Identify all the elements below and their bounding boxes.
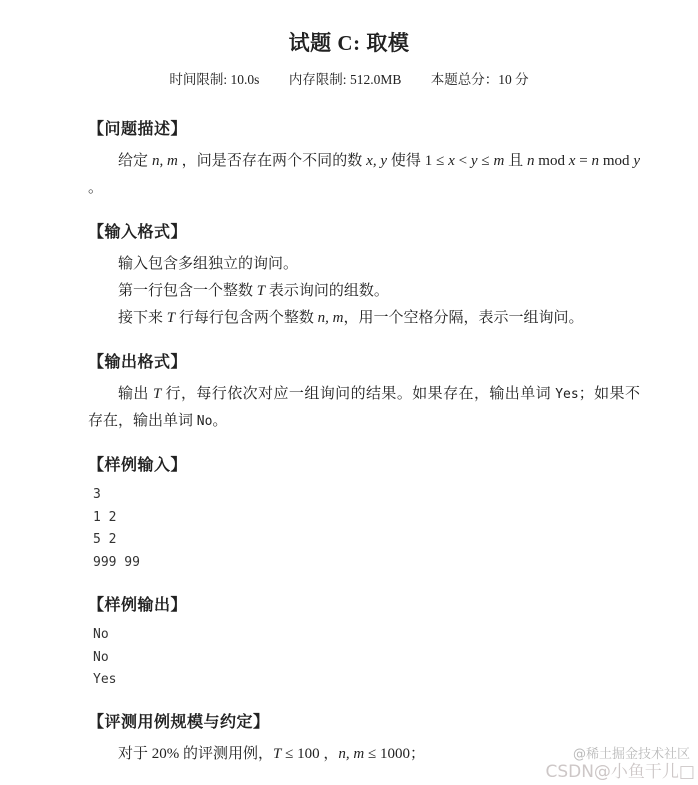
- text-segment: 1 ≤: [425, 153, 448, 169]
- text-segment: <: [455, 153, 471, 169]
- section-body-output-format: 输出 T 行，每行依次对应一组询问的结果。如果存在，输出单词 Yes；如果不存在…: [88, 381, 640, 435]
- page-title: 试题 C: 取模: [0, 28, 698, 58]
- text-segment: 第一行包含一个整数: [118, 283, 257, 299]
- section-body-problem-description: 给定 n, m ，问是否存在两个不同的数 x, y 使得 1 ≤ x < y ≤…: [88, 148, 640, 202]
- text-segment: 行每行包含两个整数: [175, 310, 318, 326]
- section-heading-constraints: 【评测用例规模与约定】: [88, 712, 640, 732]
- time-limit-label: 时间限制:: [169, 72, 227, 87]
- section-input-format: 【输入格式】 输入包含多组独立的询问。第一行包含一个整数 T 表示询问的组数。接…: [88, 222, 640, 332]
- text-segment: ≤ 1000: [364, 746, 410, 762]
- time-limit: 时间限制: 10.0s: [169, 72, 259, 87]
- math-segment: n, m: [152, 153, 178, 169]
- paragraph: 输入包含多组独立的询问。: [88, 251, 640, 278]
- math-segment: n: [592, 153, 600, 169]
- paragraph: 输出 T 行，每行依次对应一组询问的结果。如果存在，输出单词 Yes；如果不存在…: [88, 381, 640, 435]
- paragraph: 第一行包含一个整数 T 表示询问的组数。: [88, 278, 640, 305]
- text-segment: ，用一个空格分隔，表示一组询问。: [343, 310, 583, 326]
- problem-meta: 时间限制: 10.0s 内存限制: 512.0MB 本题总分：10 分: [0, 70, 698, 89]
- text-segment: 。: [212, 413, 227, 429]
- text-segment: 输入包含多组独立的询问。: [118, 256, 298, 272]
- math-segment: x: [448, 153, 455, 169]
- total-score: 本题总分：10 分: [431, 72, 529, 87]
- memory-limit-value: 512.0MB: [350, 72, 401, 87]
- text-segment: mod: [534, 153, 568, 169]
- sample-input-code: 3 1 2 5 2 999 99: [88, 484, 640, 575]
- text-segment: 。: [88, 180, 103, 196]
- math-segment: T: [167, 310, 175, 326]
- section-heading-problem-description: 【问题描述】: [88, 119, 640, 139]
- text-segment: ，: [320, 746, 339, 762]
- math-segment: y: [471, 153, 478, 169]
- section-problem-description: 【问题描述】 给定 n, m ，问是否存在两个不同的数 x, y 使得 1 ≤ …: [88, 119, 640, 202]
- section-sample-output: 【样例输出】 No No Yes: [88, 595, 640, 692]
- section-heading-sample-input: 【样例输入】: [88, 455, 640, 475]
- memory-limit: 内存限制: 512.0MB: [289, 72, 402, 87]
- text-segment: 20%: [152, 746, 180, 762]
- sample-output-code: No No Yes: [88, 624, 640, 692]
- watermark-csdn: CSDN@小鱼干儿□: [545, 757, 695, 782]
- text-segment: mod: [599, 153, 633, 169]
- text-segment: 行，每行依次对应一组询问的结果。如果存在，输出单词: [161, 386, 555, 402]
- text-segment: 且: [504, 153, 527, 169]
- section-heading-input-format: 【输入格式】: [88, 222, 640, 242]
- section-body-input-format: 输入包含多组独立的询问。第一行包含一个整数 T 表示询问的组数。接下来 T 行每…: [88, 251, 640, 332]
- document-body: 【问题描述】 给定 n, m ，问是否存在两个不同的数 x, y 使得 1 ≤ …: [0, 119, 698, 768]
- text-segment: 使得: [387, 153, 425, 169]
- math-segment: n, m: [318, 310, 344, 326]
- text-segment: 接下来: [118, 310, 167, 326]
- memory-limit-label: 内存限制:: [289, 72, 347, 87]
- section-sample-input: 【样例输入】 3 1 2 5 2 999 99: [88, 455, 640, 575]
- math-segment: y: [633, 153, 640, 169]
- text-segment: 输出: [118, 386, 153, 402]
- section-heading-sample-output: 【样例输出】: [88, 595, 640, 615]
- document-header: 试题 C: 取模 时间限制: 10.0s 内存限制: 512.0MB 本题总分：…: [0, 0, 698, 89]
- text-segment: 表示询问的组数。: [265, 283, 389, 299]
- paragraph: 给定 n, m ，问是否存在两个不同的数 x, y 使得 1 ≤ x < y ≤…: [88, 148, 640, 202]
- text-segment: 的评测用例，: [179, 746, 273, 762]
- text-segment: ≤: [478, 153, 494, 169]
- total-score-label: 本题总分：: [431, 72, 499, 87]
- paragraph: 接下来 T 行每行包含两个整数 n, m，用一个空格分隔，表示一组询问。: [88, 305, 640, 332]
- math-segment: T: [257, 283, 265, 299]
- time-limit-value: 10.0s: [231, 72, 260, 87]
- math-segment: n, m: [338, 746, 364, 762]
- code-segment: No: [197, 414, 213, 429]
- code-segment: Yes: [555, 387, 578, 402]
- text-segment: ；: [410, 746, 425, 762]
- text-segment: ≤ 100: [281, 746, 319, 762]
- text-segment: 对于: [118, 746, 152, 762]
- problem-statement-page: { "page": { "title": "试题 C: 取模", "meta":…: [0, 0, 698, 785]
- math-segment: m: [493, 153, 504, 169]
- text-segment: =: [575, 153, 591, 169]
- section-output-format: 【输出格式】 输出 T 行，每行依次对应一组询问的结果。如果存在，输出单词 Ye…: [88, 352, 640, 435]
- text-segment: ，问是否存在两个不同的数: [178, 153, 366, 169]
- text-segment: 给定: [118, 153, 152, 169]
- section-heading-output-format: 【输出格式】: [88, 352, 640, 372]
- math-segment: x, y: [366, 153, 387, 169]
- total-score-value: 10 分: [498, 72, 528, 87]
